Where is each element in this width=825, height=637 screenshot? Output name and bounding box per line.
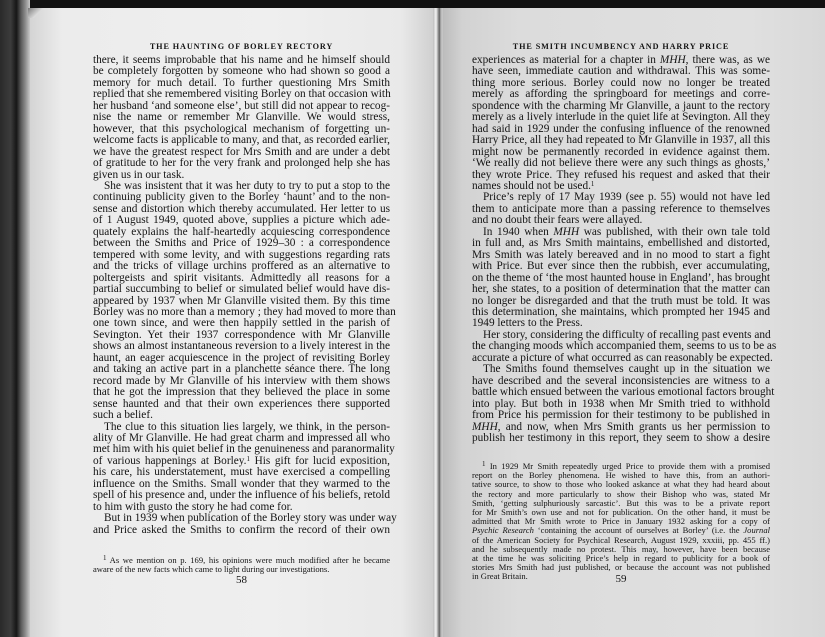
left-page-body: there, it seems improbable that his name…: [93, 55, 390, 536]
text-line: her, she states, to a position of determ…: [472, 284, 770, 295]
text-line: and Price asked the Smiths to confirm th…: [93, 525, 390, 536]
text-line: But in 1939 when publication of the Borl…: [93, 513, 390, 524]
book-cover-edge: [0, 0, 30, 637]
text-line: and taking an active part in a planchett…: [93, 364, 390, 375]
text-line: Harry Price, all they had repeated to Mr…: [472, 135, 770, 146]
text-line: that he got the impression that they bel…: [93, 387, 390, 398]
left-page-footnotes: 1 As we mention on p. 169, his opinions …: [93, 556, 390, 574]
text-line: and the tricks of village urchins proffe…: [93, 261, 390, 272]
text-line: welcome facts is applicable to many, and…: [93, 135, 390, 146]
page-corner-fold: [28, 8, 44, 18]
left-running-head: THE HAUNTING OF BORLEY RECTORY: [93, 42, 390, 51]
right-page-body: experiences as material for a chapter in…: [472, 55, 770, 444]
text-line: partial succumbing to belief or simulate…: [93, 284, 390, 295]
text-line: merely as a lively interlude in the quie…: [472, 112, 770, 123]
text-line: The Smiths found themselves caught up in…: [472, 364, 770, 375]
text-line: ‘We really did not believe there were an…: [472, 158, 770, 169]
text-line: battle which ensued between the various …: [472, 387, 770, 398]
text-line: from Price his permission for their test…: [472, 410, 770, 421]
text-line: spell of his presence and, under the inf…: [93, 490, 390, 501]
text-line: publish her testimony in this report, th…: [472, 433, 770, 444]
left-page-number: 58: [93, 574, 390, 586]
right-running-head: THE SMITH INCUMBENCY AND HARRY PRICE: [472, 42, 770, 51]
text-line: such a belief.: [93, 410, 390, 421]
text-line: nise the name or remember Mr Glanville. …: [93, 112, 390, 123]
right-page: THE SMITH INCUMBENCY AND HARRY PRICE exp…: [443, 8, 825, 637]
text-line: between the Smiths and Price of 1929–30 …: [93, 238, 390, 249]
text-line: of gratitude to her for the very frank a…: [93, 158, 390, 169]
text-line: in full and, as Mrs Smith maintains, emb…: [472, 238, 770, 249]
book-gutter: [433, 8, 443, 637]
text-line: with Price. But ever since then the rubb…: [472, 261, 770, 272]
right-page-footnotes: 1 In 1929 Mr Smith repeatedly urged Pric…: [472, 462, 770, 582]
right-page-number: 59: [472, 573, 770, 585]
open-book-scan: THE HAUNTING OF BORLEY RECTORY there, it…: [0, 0, 825, 637]
left-page: THE HAUNTING OF BORLEY RECTORY there, it…: [30, 8, 433, 637]
